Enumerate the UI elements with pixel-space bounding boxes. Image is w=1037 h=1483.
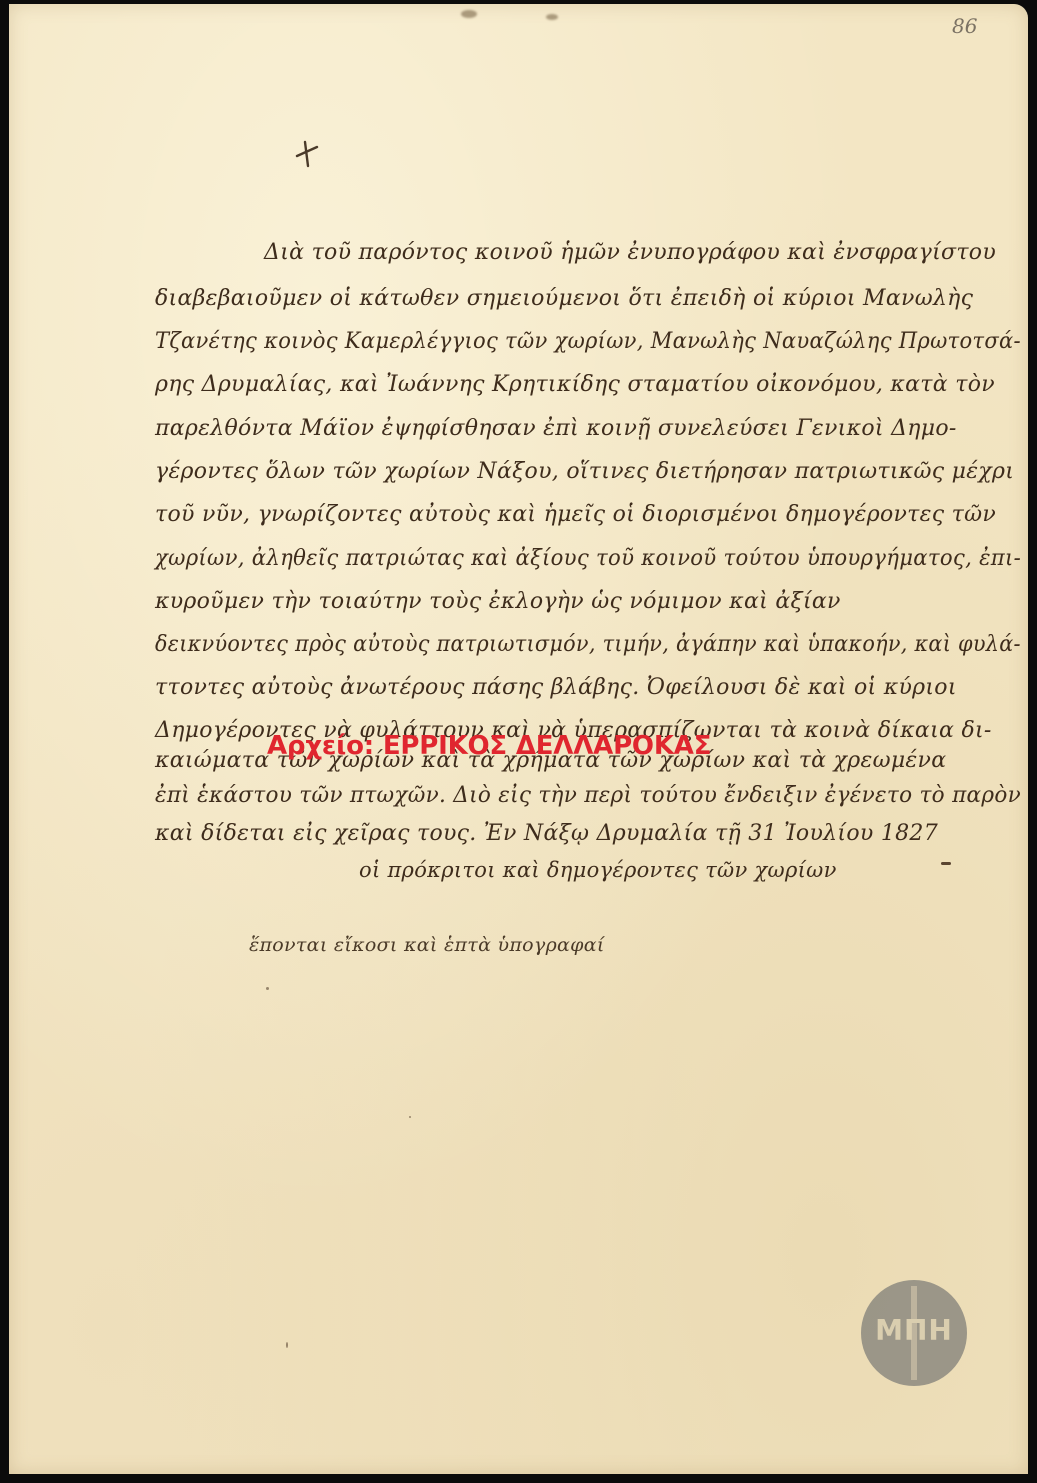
body-line-15: καὶ δίδεται εἰς χεῖρας τους. Ἐν Νάξῳ Δρυ… xyxy=(155,821,938,846)
body-line-7: τοῦ νῦν, γνωρίζοντες αὐτοὺς καὶ ἡμεῖς οἱ… xyxy=(155,502,996,527)
body-line-11: ττοντες αὐτοὺς ἀνωτέρους πάσης βλάβης. Ὀ… xyxy=(155,675,957,700)
body-line-4: ρης Δρυμαλίας, καὶ Ἰωάννης Κρητικίδης στ… xyxy=(155,372,995,397)
paper-speck xyxy=(286,1342,288,1348)
cross-mark-icon xyxy=(291,138,321,168)
body-line-2: διαβεβαιοῦμεν οἱ κάτωθεν σημειούμενοι ὅτ… xyxy=(155,286,973,311)
top-smudge-mark xyxy=(461,10,477,18)
paper-speck xyxy=(266,987,269,990)
body-line-6: γέροντες ὅλων τῶν χωρίων Νάξου, οἵτινες … xyxy=(155,459,1014,484)
body-line-9: κυροῦμεν τὴν τοιαύτην τοὺς ἐκλογὴν ὡς νό… xyxy=(155,589,841,614)
body-line-14: ἐπὶ ἑκάστου τῶν πτωχῶν. Διὸ εἰς τὴν περὶ… xyxy=(155,783,1021,808)
closing-note: ἕπονται εἴκοσι καὶ ἑπτὰ ὑπογραφαί xyxy=(249,934,605,956)
signature-line: οἱ πρόκριτοι καὶ δημογέροντες τῶν χωρίων xyxy=(359,858,837,882)
body-line-8: χωρίων, ἀληθεῖς πατριώτας καὶ ἀξίους τοῦ… xyxy=(155,546,1021,571)
page-number: 86 xyxy=(952,14,977,38)
body-line-5: παρελθόντα Μάϊον ἐψηφίσθησαν ἐπὶ κοινῇ σ… xyxy=(155,416,957,441)
scanned-document-page: 86 Διὰ τοῦ παρόντος κοινοῦ ἡμῶν ἐνυπογρά… xyxy=(9,4,1028,1474)
body-line-3: Τζανέτης κοινὸς Καμερλέγγιος τῶν χωρίων,… xyxy=(155,329,1021,354)
paper-speck xyxy=(409,1116,411,1118)
body-line-1: Διὰ τοῦ παρόντος κοινοῦ ἡμῶν ἐνυπογράφου… xyxy=(264,240,996,265)
dash-mark xyxy=(941,862,951,865)
top-smudge-mark xyxy=(546,14,558,20)
archive-watermark: Αρχείο: ΕΡΡΙΚΟΣ ΔΕΛΛΑΡΟΚΑΣ xyxy=(267,731,711,761)
archive-seal-stamp: ΜΠΗ xyxy=(861,1280,967,1386)
body-line-10: δεικνύοντες πρὸς αὐτοὺς πατριωτισμόν, τι… xyxy=(155,632,1021,657)
seal-monogram: ΜΠΗ xyxy=(861,1314,967,1347)
